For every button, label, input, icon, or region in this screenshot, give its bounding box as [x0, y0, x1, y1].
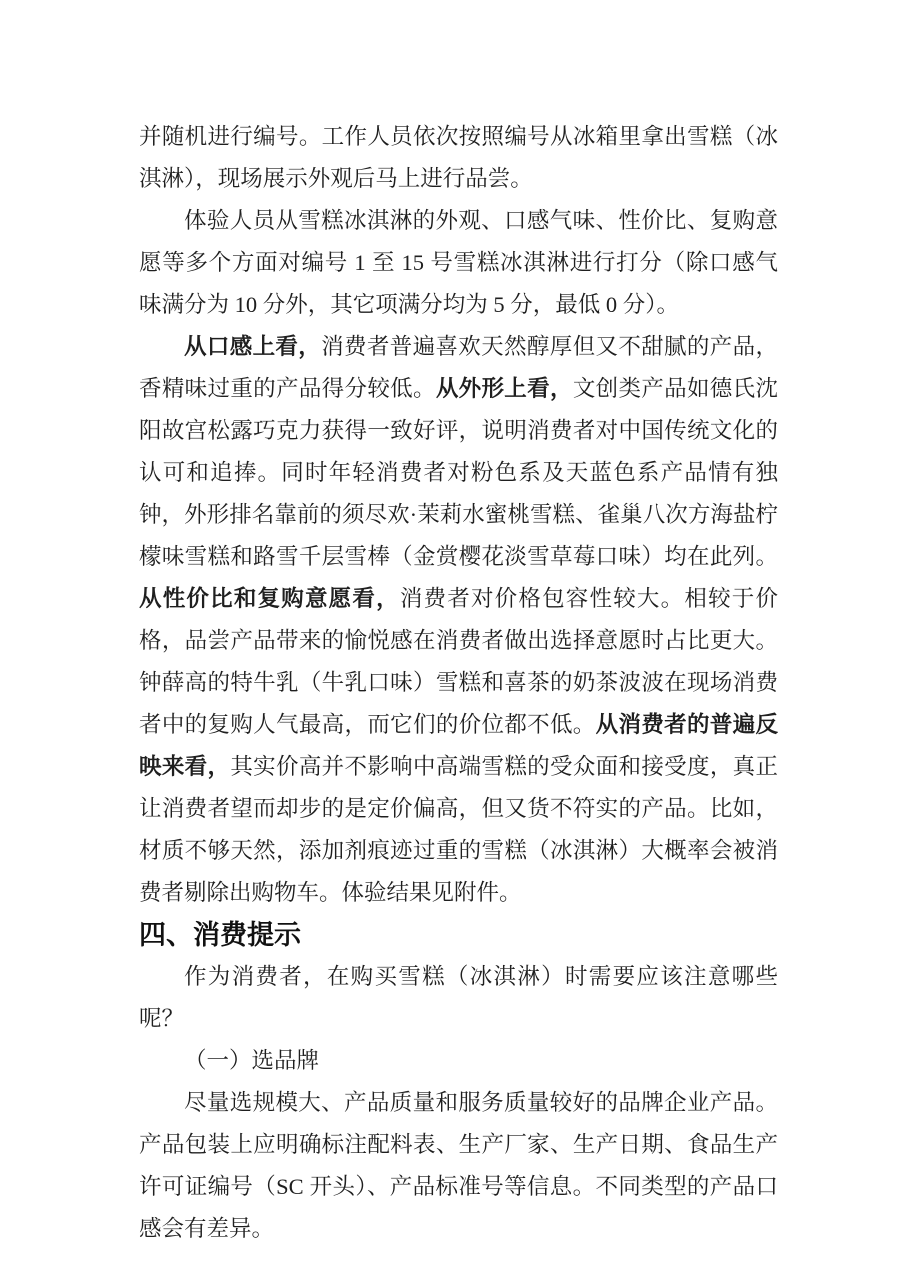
text-run: 作为消费者，在购买雪糕（冰淇淋）时需要应该注意哪些呢？ — [139, 964, 778, 1031]
document-content: 并随机进行编号。工作人员依次按照编号从冰箱里拿出雪糕（冰淇淋），现场展示外观后马… — [139, 116, 778, 1250]
text-run: 并随机进行编号。工作人员依次按照编号从冰箱里拿出雪糕（冰淇淋），现场展示外观后马… — [139, 124, 778, 191]
text-run: （一）选品牌 — [184, 1048, 319, 1073]
paragraph-findings: 从口感上看，消费者普遍喜欢天然醇厚但又不甜腻的产品，香精味过重的产品得分较低。从… — [139, 326, 778, 914]
bold-text-run-value: 从性价比和复购意愿看， — [139, 586, 400, 611]
text-run: 文创类产品如德氏沈阳故宫松露巧克力获得一致好评，说明消费者对中国传统文化的认可和… — [139, 376, 778, 569]
section-heading-consumer-tips: 四、消费提示 — [139, 914, 778, 956]
paragraph-brand-advice: 尽量选规模大、产品质量和服务质量较好的品牌企业产品。产品包装上应明确标注配料表、… — [139, 1082, 778, 1250]
text-run: 尽量选规模大、产品质量和服务质量较好的品牌企业产品。产品包装上应明确标注配料表、… — [139, 1090, 778, 1241]
subheading-choose-brand: （一）选品牌 — [139, 1040, 778, 1082]
text-run: 其实价高并不影响中高端雪糕的受众面和接受度，真正让消费者望而却步的是定价偏高，但… — [139, 754, 778, 905]
bold-text-run-appearance: 从外形上看， — [436, 376, 573, 401]
paragraph-consumer-question: 作为消费者，在购买雪糕（冰淇淋）时需要应该注意哪些呢？ — [139, 956, 778, 1040]
paragraph-numbering-continuation: 并随机进行编号。工作人员依次按照编号从冰箱里拿出雪糕（冰淇淋），现场展示外观后马… — [139, 116, 778, 200]
paragraph-scoring-method: 体验人员从雪糕冰淇淋的外观、口感气味、性价比、复购意愿等多个方面对编号 1 至 … — [139, 200, 778, 326]
bold-text-run-taste: 从口感上看， — [184, 334, 321, 359]
document-page: 并随机进行编号。工作人员依次按照编号从冰箱里拿出雪糕（冰淇淋），现场展示外观后马… — [0, 0, 900, 1273]
text-run: 体验人员从雪糕冰淇淋的外观、口感气味、性价比、复购意愿等多个方面对编号 1 至 … — [139, 208, 778, 317]
